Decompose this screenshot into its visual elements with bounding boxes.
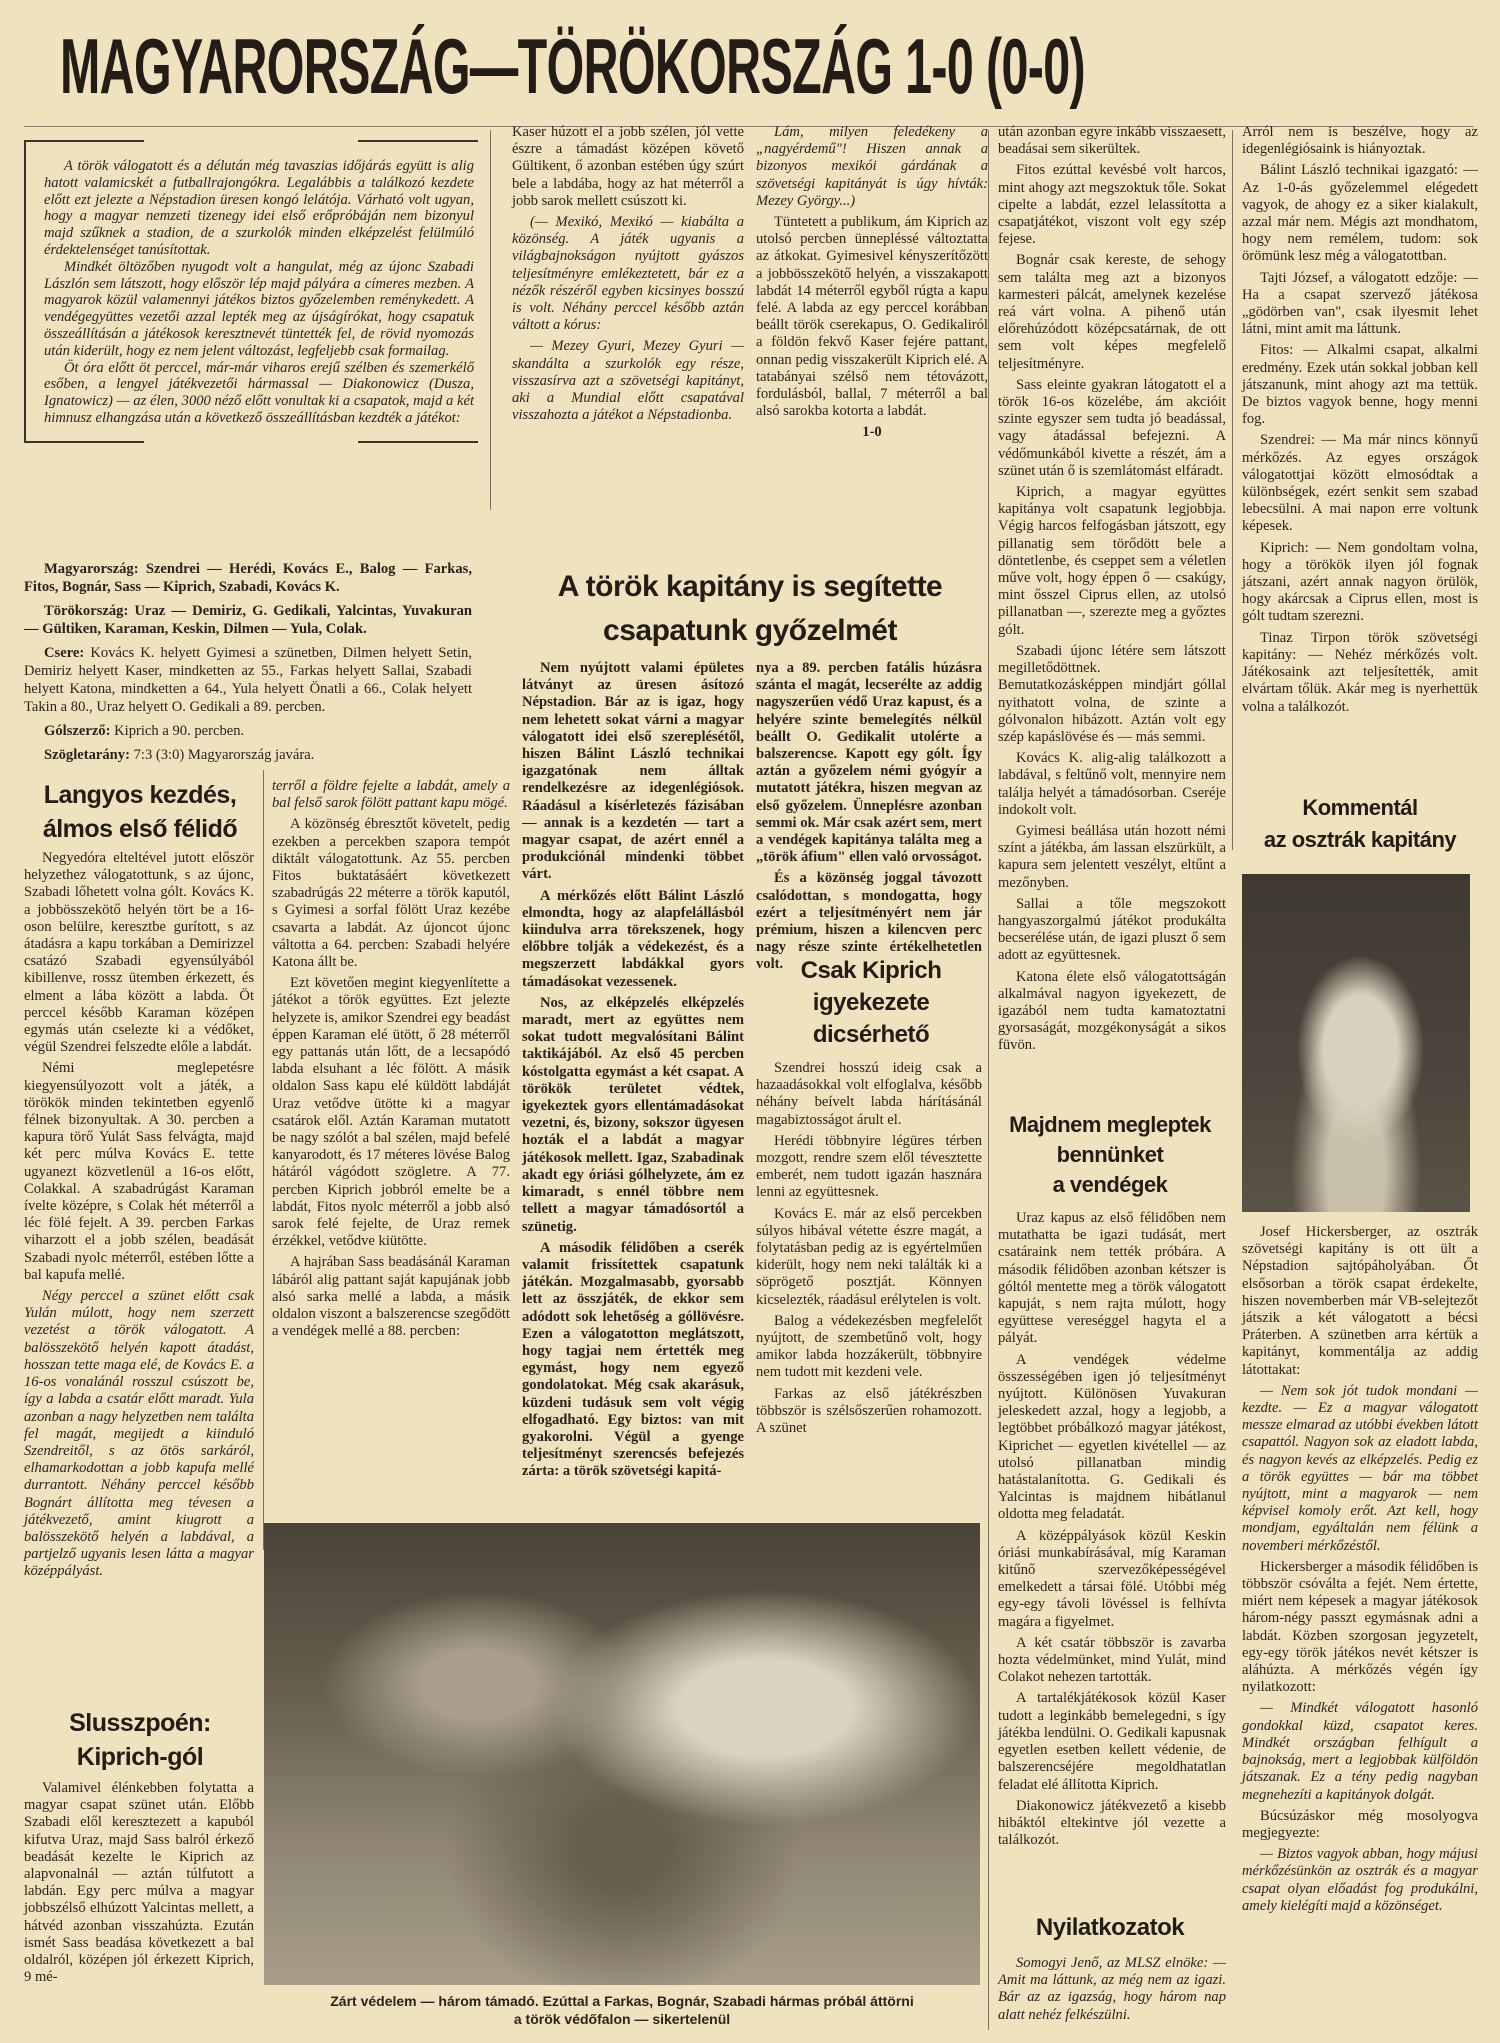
section-title-majdnem: Majdnem megleptek bennünket a vendégek: [992, 1110, 1228, 1200]
csak-kiprich-text: Szendrei hosszú ideig csak a hazaadásokk…: [756, 1060, 982, 1441]
majdnem-text: Uraz kapus az első félidőben nem mutatha…: [998, 1210, 1226, 1853]
langyos-col1: Negyedóra elteltével jutott először hely…: [24, 850, 254, 1585]
intro-paragraph: Öt óra előtt öt perccel, már-már viharos…: [44, 360, 474, 427]
section-title-slusszpoen: Slusszpoén: Kiprich-gól: [30, 1706, 250, 1774]
section-title-kommental: Kommentál az osztrák kapitány: [1240, 792, 1480, 856]
column-rule: [988, 130, 989, 2030]
intro-box: A török válogatott és a délután még tava…: [24, 140, 478, 443]
section-title-nyilatkozatok: Nyilatkozatok: [992, 1912, 1228, 1944]
intro-paragraph: Mindkét öltözőben nyugodt volt a hangula…: [44, 259, 474, 360]
kommental-text: Josef Hickersberger, az osztrák szövetsé…: [1242, 1224, 1478, 1919]
top-middle-col-a: Kaser húzott el a jobb szélen, jól vette…: [512, 124, 744, 428]
slusszpoen-text: Valamivel élénkebben folytatta a magyar …: [24, 1780, 254, 1990]
goalscorer: Gólszerző: Kiprich a 90. percben.: [24, 722, 472, 740]
lineup-hungary: Magyarország: Szendrei — Herédi, Kovács …: [24, 560, 472, 596]
kapitany-col1: Nem nyújtott valami épületes látványt az…: [522, 660, 744, 1485]
column-rule: [490, 130, 491, 510]
intro-text: A török válogatott és a délután még tava…: [44, 158, 474, 427]
section-title-kapitany: A török kapitány is segítette csapatunk …: [520, 565, 980, 653]
substitutions: Csere: Kovács K. helyett Gyimesi a szüne…: [24, 644, 472, 716]
player-ratings-continued: után azonban egyre inkább visszaesett, b…: [998, 124, 1226, 1059]
top-middle-col-b: Lám, milyen feledékeny a „nagyérdemű"! H…: [756, 124, 988, 446]
lineup-turkey: Törökország: Uraz — Demiriz, G. Gedikali…: [24, 602, 472, 638]
corner-ratio: Szögletarány: 7:3 (3:0) Magyarország jav…: [24, 746, 472, 764]
portrait-photo-hickersberger: [1242, 874, 1470, 1212]
kapitany-col2: nya a 89. percben fatális húzásra szánta…: [756, 660, 982, 978]
intro-paragraph: A török válogatott és a délután még tava…: [44, 158, 474, 259]
statements-continued: Arról nem is beszélve, hogy az idegenlég…: [1242, 124, 1478, 720]
column-rule: [1232, 130, 1233, 850]
headline: MAGYARORSZÁG—TÖRÖKORSZÁG 1-0 (0-0): [60, 18, 1461, 114]
nyilatkozatok-text: Somogyi Jenő, az MLSZ elnöke: — Amit ma …: [998, 1955, 1226, 2028]
column-rule: [263, 770, 264, 1550]
langyos-col2: terről a földre fejelte a labdát, amely …: [272, 778, 510, 1345]
match-photo: [264, 1523, 980, 1985]
photo-caption: Zárt védelem — három támadó. Ezúttal a F…: [264, 1992, 980, 2028]
lineups: Magyarország: Szendrei — Herédi, Kovács …: [24, 560, 472, 770]
section-title-langyos: Langyos kezdés, álmos első félidő: [30, 778, 250, 846]
section-title-csak-kiprich: Csak Kiprich igyekezete dicsérhető: [760, 955, 982, 1051]
score-mark: 1-0: [756, 424, 988, 441]
